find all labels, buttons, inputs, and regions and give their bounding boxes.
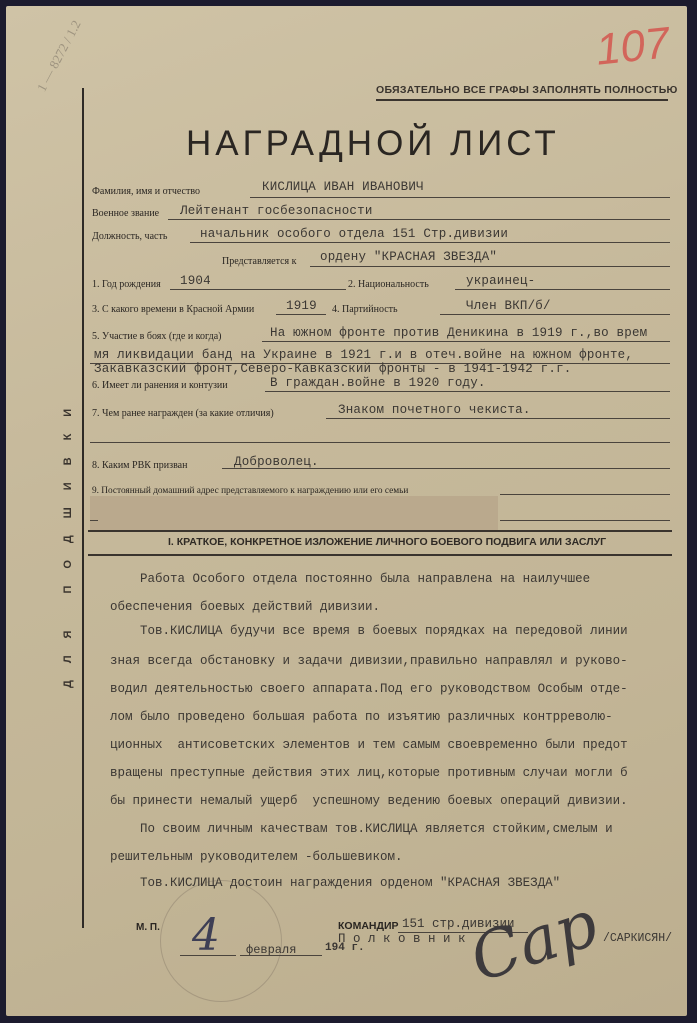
narrative-line: зная всегда обстановку и задачи дивизии,… — [110, 654, 628, 668]
full-name-underline — [250, 197, 670, 198]
birth-year-label: 1. Год рождения — [92, 279, 161, 290]
rank-label: Военное звание — [92, 208, 159, 219]
left-margin-rule — [82, 88, 84, 928]
birth-year-underline — [170, 289, 346, 290]
commander-rank: П о л к о в н и к — [338, 932, 466, 946]
page-title: НАГРАДНОЙ ЛИСТ — [186, 124, 560, 164]
full-name-value: КИСЛИЦА ИВАН ИВАНОВИЧ — [262, 180, 424, 194]
commander-label: КОМАНДИР — [338, 920, 399, 932]
army-since-value: 1919 — [286, 299, 317, 313]
seal-label: М. П. — [136, 922, 160, 933]
battles-label: 5. Участие в боях (где и когда) — [92, 331, 222, 342]
narrative-line: ционных антисоветских элементов и тем са… — [110, 738, 628, 752]
nationality-label: 2. Национальность — [348, 279, 429, 290]
home-address-underline-left — [90, 520, 98, 521]
narrative-line: По своим личным качествам тов.КИСЛИЦА яв… — [110, 822, 613, 836]
commander-name: /САРКИСЯН/ — [603, 932, 672, 945]
home-address-underline — [500, 494, 670, 495]
rank-underline — [168, 219, 670, 220]
battles-line-3: Закавказский фронт,Северо-Кавказский фро… — [94, 362, 571, 376]
header-rule — [376, 99, 668, 101]
narrative-line: Работа Особого отдела постоянно была нап… — [110, 572, 590, 586]
narrative-line: Тов.КИСЛИЦА будучи все время в боевых по… — [110, 624, 628, 638]
nominated-underline — [310, 266, 670, 267]
narrative-line: водил деятельностью своего аппарата.Под … — [110, 682, 628, 696]
nationality-value: украинец- — [466, 274, 535, 288]
previous-awards-label: 7. Чем ранее награжден (за какие отличия… — [92, 408, 274, 419]
previous-awards-value: Знаком почетного чекиста. — [338, 403, 531, 417]
nationality-underline — [455, 289, 670, 290]
narrative-line: решительным руководителем -большевиком. — [110, 850, 403, 864]
section-heading: I. КРАТКОЕ, КОНКРЕТНОЕ ИЗЛОЖЕНИЕ ЛИЧНОГО… — [168, 536, 606, 548]
nominated-label: Представляется к — [222, 256, 297, 267]
wounds-label: 6. Имеет ли ранения и контузии — [92, 380, 228, 391]
nominated-value: ордену "КРАСНАЯ ЗВЕЗДА" — [320, 250, 497, 264]
army-since-underline — [276, 314, 326, 315]
conscripted-value: Доброволец. — [234, 455, 319, 469]
rank-value: Лейтенант госбезопасности — [180, 204, 373, 218]
position-underline — [190, 242, 670, 243]
header-notice: ОБЯЗАТЕЛЬНО ВСЕ ГРАФЫ ЗАПОЛНЯТЬ ПОЛНОСТЬ… — [376, 84, 678, 96]
section-rule-bottom — [88, 554, 672, 556]
narrative-line: лом было проведено большая работа по изъ… — [110, 710, 613, 724]
birth-year-value: 1904 — [180, 274, 211, 288]
previous-awards-underline — [326, 418, 670, 419]
position-value: начальник особого отдела 151 Стр.дивизии — [200, 227, 508, 241]
party-underline — [440, 314, 670, 315]
position-label: Должность, часть — [92, 231, 167, 242]
home-address-label: 9. Постоянный домашний адрес представляе… — [92, 486, 408, 496]
date-day-underline — [180, 955, 236, 956]
narrative-line: Тов.КИСЛИЦА достоин награждения орденом … — [110, 876, 560, 890]
full-name-label: Фамилия, имя и отчество — [92, 186, 200, 197]
date-day: 4 — [192, 910, 220, 961]
conscripted-underline — [222, 468, 670, 469]
seal-imprint — [160, 880, 282, 1002]
home-address-underline-2 — [500, 520, 670, 521]
army-since-label: 3. С какого времени в Красной Армии — [92, 304, 254, 315]
previous-awards-underline-2 — [90, 442, 670, 443]
section-rule-top — [88, 530, 672, 532]
narrative-line: обеспечения боевых действий дивизии. — [110, 600, 380, 614]
margin-note: ДЛЯ ПОДШИВКИ — [62, 350, 74, 730]
redacted-address — [90, 496, 498, 532]
battles-underline-1 — [262, 341, 670, 342]
party-label: 4. Партийность — [332, 304, 398, 315]
narrative-line: бы принести немалый ущерб успешному веде… — [110, 794, 628, 808]
date-month-underline — [240, 955, 322, 956]
conscripted-label: 8. Каким РВК призван — [92, 460, 187, 471]
battles-line-2: мя ликвидации банд на Украине в 1921 г.и… — [94, 348, 633, 362]
narrative-line: вращены преступные действия этих лиц,кот… — [110, 766, 628, 780]
red-archive-number: 107 — [594, 18, 672, 75]
wounds-value: В граждан.войне в 1920 году. — [270, 376, 486, 390]
wounds-underline — [265, 391, 670, 392]
party-value: Член ВКП/б/ — [466, 299, 551, 313]
battles-line-1: На южном фронте против Деникина в 1919 г… — [270, 326, 647, 340]
